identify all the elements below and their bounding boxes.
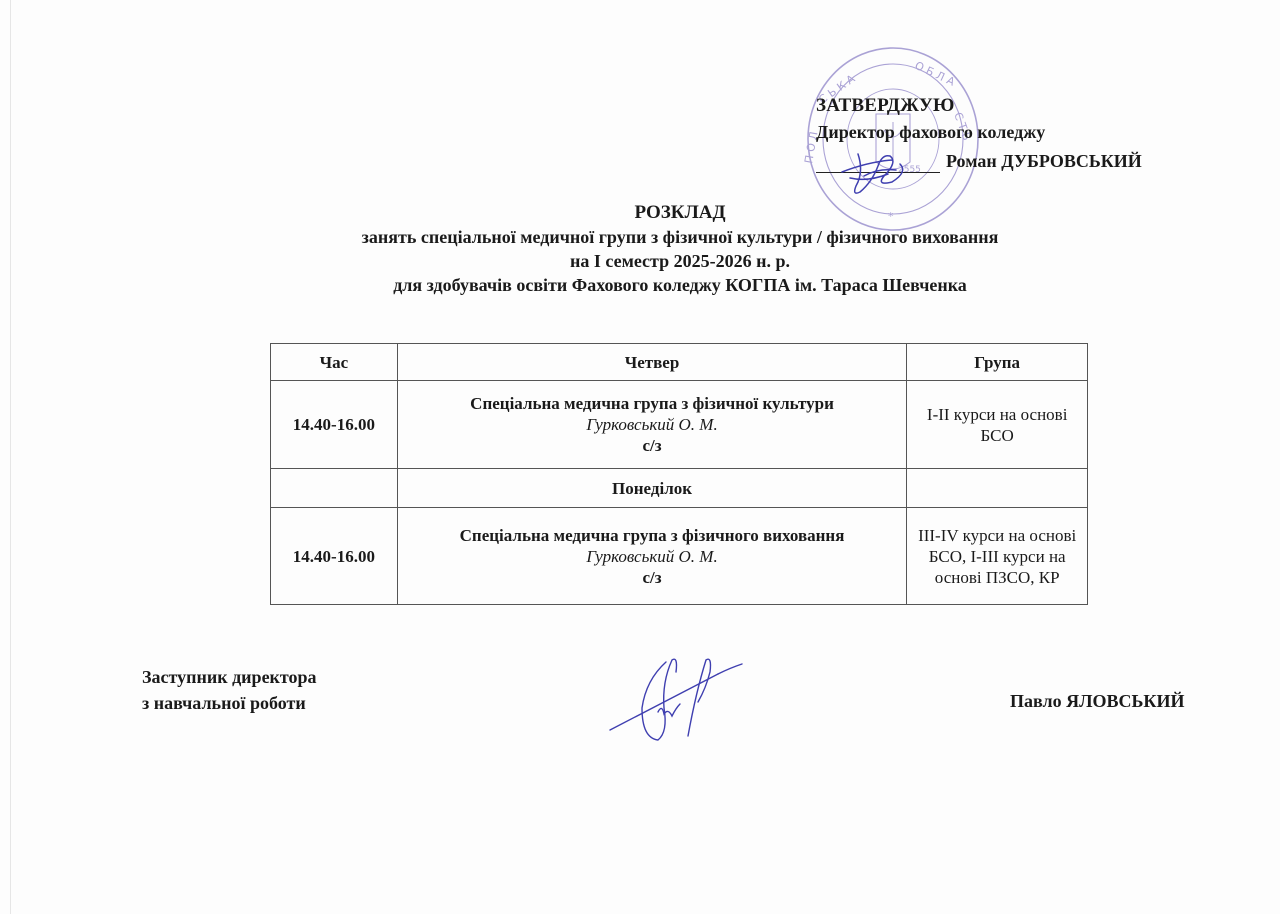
cell-empty [907, 469, 1088, 508]
header-group: Група [907, 344, 1088, 381]
director-signature-icon [838, 142, 918, 202]
lesson-subject: Спеціальна медична група з фізичного вих… [402, 525, 903, 546]
table-day-row: Понеділок [271, 469, 1088, 508]
lesson-room: с/з [402, 435, 903, 456]
director-name: Роман ДУБРОВСЬКИЙ [946, 151, 1142, 172]
lesson-teacher: Гурковський О. М. [402, 414, 903, 435]
schedule-table: Час Четвер Група 14.40-16.00 Спеціальна … [270, 343, 1088, 605]
deputy-signature-icon [606, 652, 746, 748]
lesson-room: с/з [402, 567, 903, 588]
deputy-position-line-1: Заступник директора [142, 664, 317, 690]
table-row: 14.40-16.00 Спеціальна медична група з ф… [271, 381, 1088, 469]
page-edge [10, 0, 11, 914]
title-line-3: на I семестр 2025-2026 н. р. [270, 249, 1090, 273]
cell-lesson: Спеціальна медична група з фізичного вих… [397, 508, 907, 605]
deputy-position-line-2: з навчальної роботи [142, 690, 317, 716]
lesson-subject: Спеціальна медична група з фізичної куль… [402, 393, 903, 414]
header-thursday: Четвер [397, 344, 907, 381]
cell-group: I-II курси на основі БСО [907, 381, 1088, 469]
deputy-name: Павло ЯЛОВСЬКИЙ [1010, 691, 1184, 712]
deputy-position: Заступник директора з навчальної роботи [142, 664, 317, 716]
svg-text:О Б Л А: О Б Л А [913, 59, 957, 89]
cell-day-monday: Понеділок [397, 469, 907, 508]
table-header-row: Час Четвер Група [271, 344, 1088, 381]
cell-group: III-IV курси на основі БСО, I-III курси … [907, 508, 1088, 605]
title-line-1: РОЗКЛАД [270, 201, 1090, 225]
header-time: Час [271, 344, 398, 381]
cell-empty [271, 469, 398, 508]
document-title: РОЗКЛАД занять спеціальної медичної груп… [270, 201, 1090, 297]
table-row: 14.40-16.00 Спеціальна медична група з ф… [271, 508, 1088, 605]
cell-time: 14.40-16.00 [271, 381, 398, 469]
approval-heading: ЗАТВЕРДЖУЮ [816, 93, 1045, 119]
cell-lesson: Спеціальна медична група з фізичної куль… [397, 381, 907, 469]
title-line-2: занять спеціальної медичної групи з фізи… [270, 225, 1090, 249]
title-line-4: для здобувачів освіти Фахового коледжу К… [270, 273, 1090, 297]
lesson-teacher: Гурковський О. М. [402, 546, 903, 567]
approval-block: ЗАТВЕРДЖУЮ Директор фахового коледжу [816, 93, 1045, 145]
cell-time: 14.40-16.00 [271, 508, 398, 605]
